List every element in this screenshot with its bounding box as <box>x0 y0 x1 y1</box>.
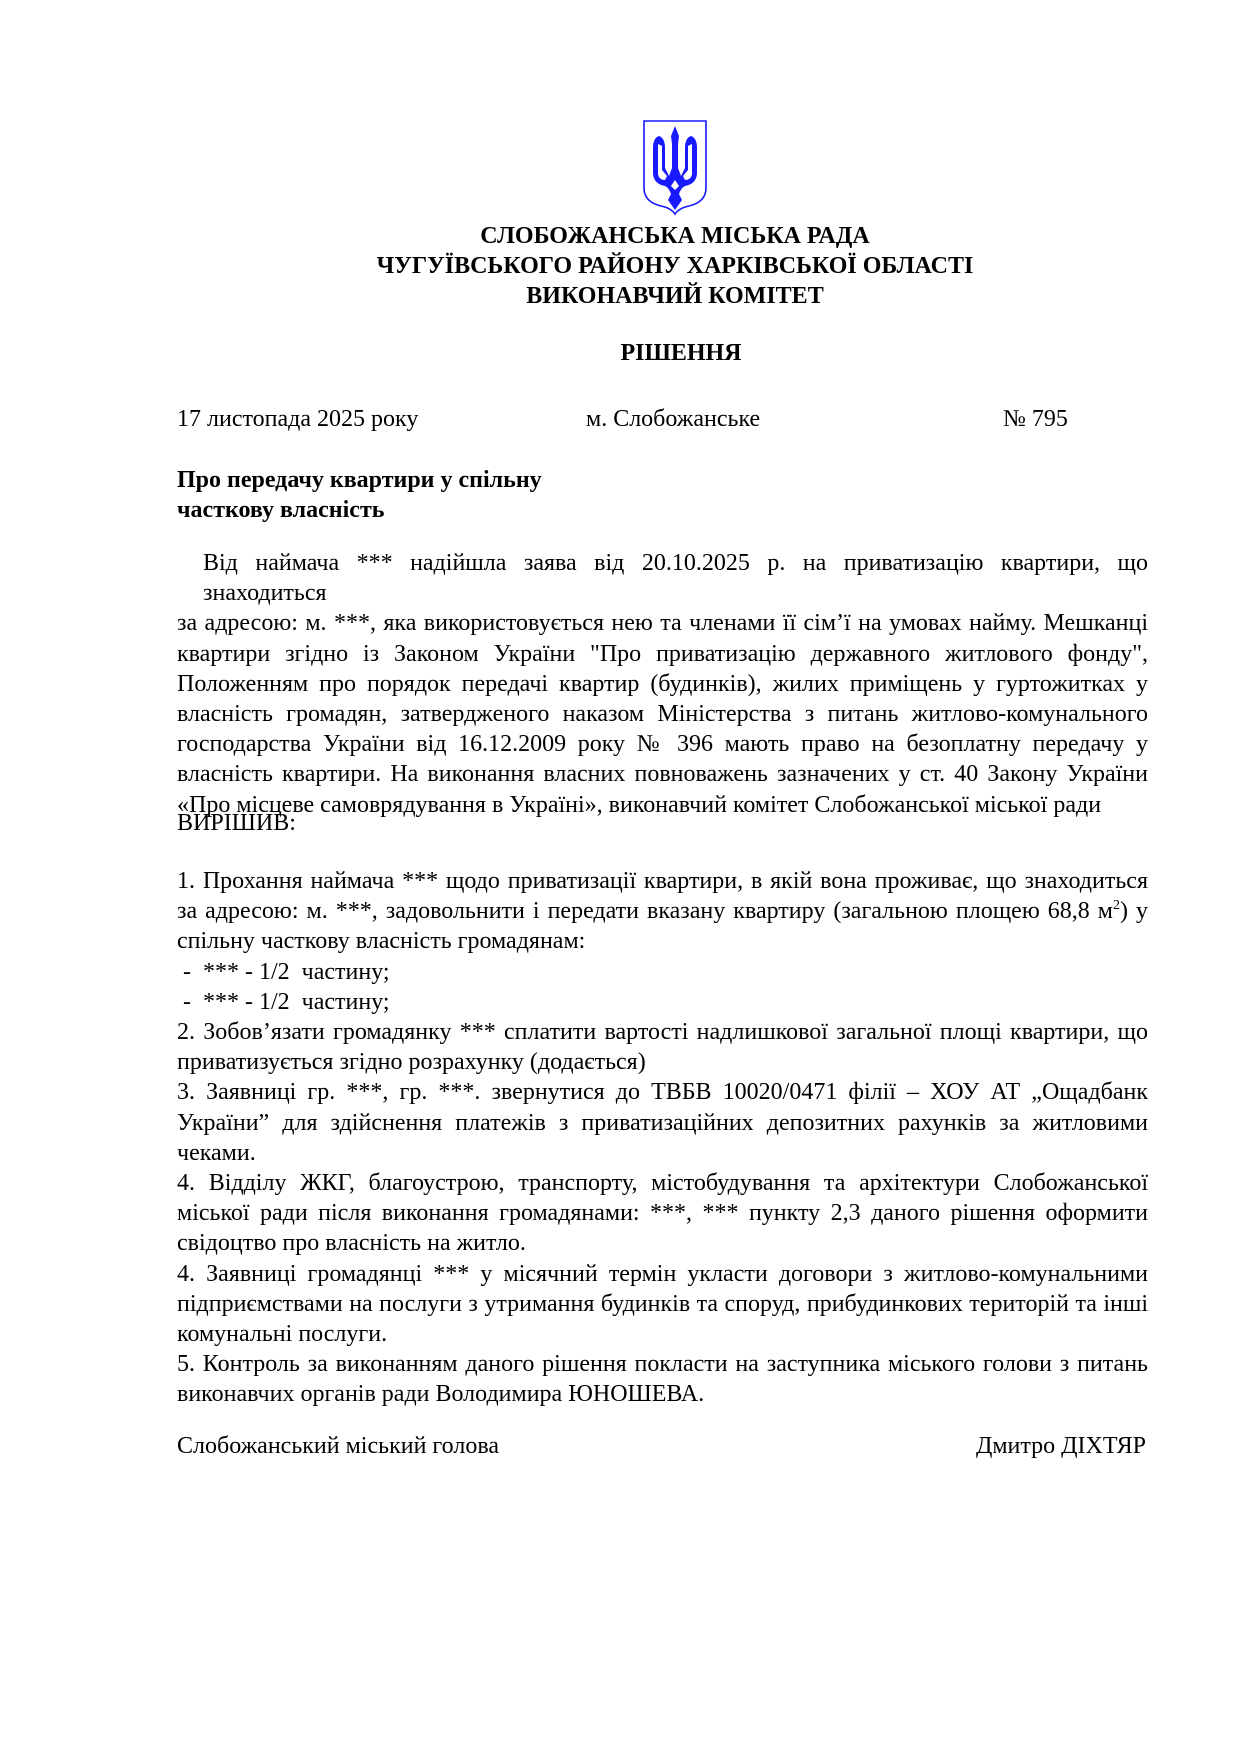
decision-date: 17 листопада 2025 року <box>177 406 418 433</box>
preamble-line: власність квартири. На виконання власних… <box>177 759 1148 789</box>
item-1-line: 1. Прохання наймача *** щодо приватизаці… <box>177 866 1148 896</box>
item-4a-line: 4. Відділу ЖКГ, благоустрою, транспорту,… <box>177 1168 1148 1198</box>
document-page: СЛОБОЖАНСЬКА МІСЬКА РАДА ЧУГУЇВСЬКОГО РА… <box>0 0 1240 1754</box>
item-3-line: 3. Заявниці гр. ***, гр. ***. звернутися… <box>177 1077 1148 1107</box>
item-4a-line: свідоцтво про власність на житло. <box>177 1228 1148 1258</box>
preamble-line: Положенням про порядок передачі квартир … <box>177 669 1148 699</box>
preamble-paragraph: Від наймача *** надійшла заява від 20.10… <box>177 548 1148 820</box>
resolved-label: ВИРІШИВ: <box>177 808 1148 838</box>
preamble-line: квартири згідно із Законом України "Про … <box>177 639 1148 669</box>
superscript-squared: 2 <box>1113 898 1120 913</box>
item-1-line-area: за адресою: м. ***, задовольнити і перед… <box>177 896 1148 926</box>
preamble-line: за адресою: м. ***, яка використовується… <box>177 608 1148 638</box>
item-4b-line: підприємствами на послуги з утримання бу… <box>177 1289 1148 1319</box>
item-1-line: спільну часткову власність громадянам: <box>177 926 1148 956</box>
item-2-line: приватизується згідно розрахунку (додаєт… <box>177 1047 1148 1077</box>
header-line-council: СЛОБОЖАНСЬКА МІСЬКА РАДА <box>0 221 1240 251</box>
document-title: РІШЕННЯ <box>0 340 1240 367</box>
subject-line-2: часткову власність <box>177 495 542 525</box>
item-5-line: 5. Контроль за виконанням даного рішення… <box>177 1349 1148 1379</box>
item-3-line: України” для здійснення платежів з прива… <box>177 1108 1148 1138</box>
subject-line-1: Про передачу квартири у спільну <box>177 465 542 495</box>
preamble-line: Від наймача *** надійшла заява від 20.10… <box>177 548 1148 608</box>
item-4b-line: комунальні послуги. <box>177 1319 1148 1349</box>
decision-number: № 795 <box>1003 406 1068 433</box>
resolution-items: 1. Прохання наймача *** щодо приватизаці… <box>177 866 1148 1410</box>
signatory-position: Слобожанський міський голова <box>177 1433 499 1460</box>
preamble-line: власність громадян, затвердженого наказо… <box>177 699 1148 729</box>
item-4a-line: міської ради після виконання громадянами… <box>177 1198 1148 1228</box>
decision-subject: Про передачу квартири у спільну часткову… <box>177 465 542 525</box>
preamble-line: господарства України від 16.12.2009 року… <box>177 729 1148 759</box>
item-4b-line: 4. Заявниці громадянці *** у місячний те… <box>177 1259 1148 1289</box>
share-item: - *** - 1/2 частину; <box>177 987 1148 1017</box>
decision-place: м. Слобожанське <box>586 406 760 433</box>
council-header: СЛОБОЖАНСЬКА МІСЬКА РАДА ЧУГУЇВСЬКОГО РА… <box>0 221 1240 311</box>
header-line-region: ЧУГУЇВСЬКОГО РАЙОНУ ХАРКІВСЬКОЇ ОБЛАСТІ <box>0 251 1240 281</box>
item-5-line: виконавчих органів ради Володимира ЮНОШЕ… <box>177 1379 1148 1409</box>
header-line-committee: ВИКОНАВЧИЙ КОМІТЕТ <box>0 281 1240 311</box>
item-2-line: 2. Зобов’язати громадянку *** сплатити в… <box>177 1017 1148 1047</box>
ukraine-trident-emblem-icon <box>641 118 709 216</box>
share-item: - *** - 1/2 частину; <box>177 957 1148 987</box>
item-3-line: чеками. <box>177 1138 1148 1168</box>
signatory-name: Дмитро ДІХТЯР <box>976 1433 1146 1460</box>
